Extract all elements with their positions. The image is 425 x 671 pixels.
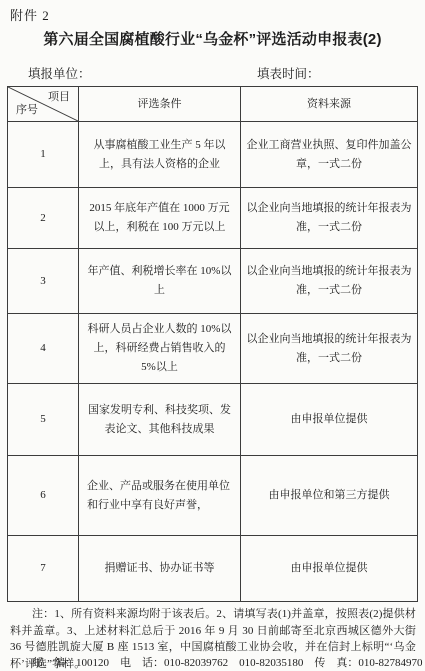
header-item-label: 项目: [48, 88, 70, 107]
table-row: 5 国家发明专利、科技奖项、发表论文、其他科技成果 由申报单位提供: [8, 384, 418, 456]
source-cell: 企业工商营业执照、复印件加盖公章，一式二份: [241, 122, 418, 188]
condition-cell: 企业、产品或服务在使用单位和行业中享有良好声誉，: [79, 456, 241, 536]
condition-cell: 年产值、利税增长率在 10%以上: [79, 249, 241, 314]
table-row: 6 企业、产品或服务在使用单位和行业中享有良好声誉， 由申报单位和第三方提供: [8, 456, 418, 536]
table-row: 1 从事腐植酸工业生产 5 年以上，具有法人资格的企业 企业工商营业执照、复印件…: [8, 122, 418, 188]
row-number-cell: 7: [8, 536, 79, 602]
reporting-unit-label: 填报单位：: [28, 64, 91, 82]
table-header-row: 项目 序号 评选条件 资料来源: [8, 87, 418, 122]
source-cell: 以企业向当地填报的统计年报表为准，一式二份: [241, 188, 418, 249]
contact-line: 邮 编：100120 电 话：010-82039762 010-82035180…: [10, 654, 416, 670]
table-row: 2 2015 年底年产值在 1000 万元以上，利税在 100 万元以上 以企业…: [8, 188, 418, 249]
application-form-page: 附件 2 第六届全国腐植酸行业“乌金杯”评选活动申报表(2) 填报单位： 填表时…: [0, 0, 425, 671]
header-source-col: 资料来源: [241, 87, 418, 122]
source-cell: 由申报单位和第三方提供: [241, 456, 418, 536]
condition-cell: 2015 年底年产值在 1000 万元以上，利税在 100 万元以上: [79, 188, 241, 249]
row-number-cell: 5: [8, 384, 79, 456]
diagonal-header-cell: 项目 序号: [8, 87, 79, 122]
row-number-cell: 2: [8, 188, 79, 249]
source-cell: 以企业向当地填报的统计年报表为准，一式二份: [241, 314, 418, 384]
row-number-cell: 1: [8, 122, 79, 188]
criteria-table: 项目 序号 评选条件 资料来源 1 从事腐植酸工业生产 5 年以上，具有法人资格…: [7, 86, 418, 602]
source-cell: 由申报单位提供: [241, 384, 418, 456]
source-cell: 由申报单位提供: [241, 536, 418, 602]
page-title: 第六届全国腐植酸行业“乌金杯”评选活动申报表(2): [0, 28, 425, 49]
table-row: 4 科研人员占企业人数的 10%以上，科研经费占销售收入的 5%以上 以企业向当…: [8, 314, 418, 384]
header-condition-col: 评选条件: [79, 87, 241, 122]
condition-cell: 捐赠证书、协办证书等: [79, 536, 241, 602]
row-number-cell: 4: [8, 314, 79, 384]
source-cell: 以企业向当地填报的统计年报表为准，一式二份: [241, 249, 418, 314]
attachment-label: 附件 2: [10, 5, 50, 24]
row-number-cell: 6: [8, 456, 79, 536]
condition-cell: 科研人员占企业人数的 10%以上，科研经费占销售收入的 5%以上: [79, 314, 241, 384]
row-number-cell: 3: [8, 249, 79, 314]
table-row: 3 年产值、利税增长率在 10%以上 以企业向当地填报的统计年报表为准，一式二份: [8, 249, 418, 314]
fill-date-label: 填表时间：: [257, 64, 320, 82]
header-seq-label: 序号: [16, 101, 38, 120]
condition-cell: 从事腐植酸工业生产 5 年以上，具有法人资格的企业: [79, 122, 241, 188]
condition-cell: 国家发明专利、科技奖项、发表论文、其他科技成果: [79, 384, 241, 456]
table-row: 7 捐赠证书、协办证书等 由申报单位提供: [8, 536, 418, 602]
